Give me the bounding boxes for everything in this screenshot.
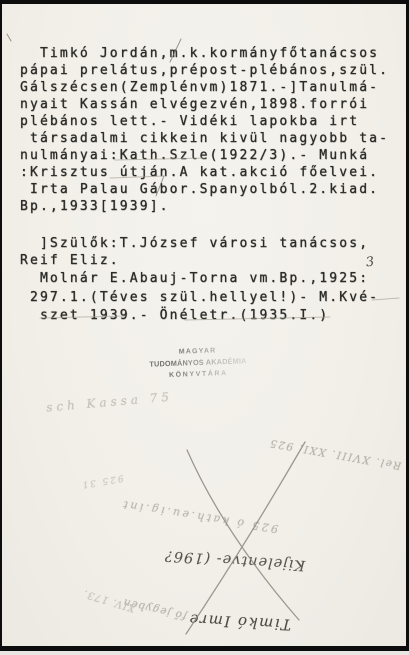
typed-paragraph-biography: Timkó Jordán,m.k.kormányfőtanácsos pápai…	[20, 45, 389, 215]
stamp-line-1: MAGYAR	[142, 346, 254, 357]
typed-paragraph-references: Molnár E.Abauj-Torna vm.Bp.,1925: 297.1.…	[20, 270, 379, 326]
pencil-annotation-roman-refs: Rel. XVIII. XXI. 925	[268, 436, 402, 471]
scan-edge-strip	[0, 651, 409, 655]
typed-line: Bp.,1933[1939].	[20, 198, 389, 215]
typed-line: Timkó Jordán,m.k.kormányfőtanácsos	[20, 45, 389, 62]
typed-line: ]Szülők:T.József városi tanácsos,	[20, 235, 369, 252]
pencil-annotation-xiv-ref: XIV. 173.	[82, 587, 137, 613]
stamp-line-3: KÖNYVTÁRA	[142, 369, 254, 380]
typed-line: Molnár E.Abauj-Torna vm.Bp.,1925:	[20, 270, 379, 289]
typed-line: :Krisztus útján.A kat.akció főelvei.	[20, 164, 389, 181]
typed-line: Reif Eliz.	[20, 252, 369, 269]
typed-line: 297.1.(Téves szül.hellyel!)- M.Kvé-	[20, 289, 379, 308]
pencil-annotation-timko-imre: Timkó Imre	[188, 610, 292, 633]
card-paper: Timkó Jordán,m.k.kormányfőtanácsos pápai…	[2, 4, 406, 646]
typed-line: társadalmi cikkein kivül nagyobb ta-	[20, 130, 389, 147]
typed-line: plébános lett.- Vidéki lapokba irt	[20, 113, 389, 130]
pencil-annotation-left-edge: 925 31	[79, 472, 124, 489]
scanned-card: Timkó Jordán,m.k.kormányfőtanácsos pápai…	[0, 0, 409, 655]
typed-line: Irta Palau Gábor.Spanyolból.2.kiad.	[20, 181, 389, 198]
pencil-annotation-top: sch Kassa 75	[46, 389, 174, 414]
typed-paragraph-parents: ]Szülők:T.József városi tanácsos, Reif E…	[20, 235, 369, 269]
typed-line: nyait Kassán elvégezvén,1898.forrói	[20, 96, 389, 113]
handwritten-digit-correction: 3	[365, 254, 375, 270]
typed-line: nulmányai:Kath.Szle(1922/3).- Munká	[20, 147, 389, 164]
library-stamp: MAGYAR TUDOMÁNYOS AKADÉMIA KÖNYVTÁRA	[142, 346, 255, 380]
stamp-line-2: TUDOMÁNYOS AKADÉMIA	[144, 356, 253, 369]
typed-line: pápai prelátus,prépost-plébános,szül.	[20, 62, 389, 79]
pencil-annotation-kijelentve: Kijelentve- (196?	[164, 547, 306, 573]
typed-line: Gálszécsen(Zemplénvm)1871.-]Tanulmá-	[20, 79, 389, 96]
pencil-annotation-middle: 925 ó kath.eu.ig.int	[120, 498, 279, 536]
typed-line: szet 1939.- Önéletr.(1935.I.)	[20, 307, 379, 326]
